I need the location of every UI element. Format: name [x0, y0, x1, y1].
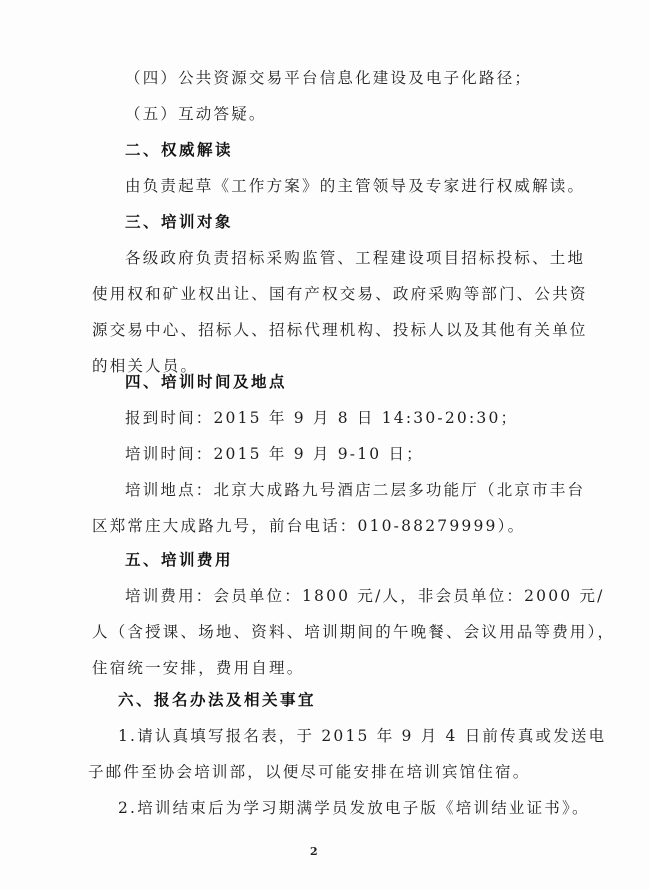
paragraph-line: 源交易中心、招标人、招标代理机构、投标人以及其他有关单位	[92, 320, 588, 340]
paragraph-line: 报到时间：2015 年 9 月 8 日 14:30-20:30；	[125, 408, 518, 428]
list-item: （五）互动答疑。	[125, 104, 267, 124]
paragraph-line: 1.请认真填写报名表，于 2015 年 9 月 4 日前传真或发送电	[118, 726, 606, 746]
section-heading: 五、培训费用	[125, 550, 233, 570]
paragraph-line: 区郑常庄大成路九号，前台电话：010-88279999）。	[92, 516, 525, 536]
section-heading: 二、权威解读	[125, 140, 233, 160]
paragraph-line: 住宿统一安排，费用自理。	[92, 658, 304, 678]
paragraph-line: 培训地点：北京大成路九号酒店二层多功能厅（北京市丰台	[125, 480, 585, 500]
section-heading: 四、培训时间及地点	[125, 372, 287, 392]
paragraph-line: 子邮件至协会培训部，以便尽可能安排在培训宾馆住宿。	[88, 762, 531, 782]
paragraph-line: 使用权和矿业权出让、国有产权交易、政府采购等部门、公共资	[92, 284, 588, 304]
paragraph-line: 培训费用：会员单位：1800 元/人，非会员单位：2000 元/	[125, 586, 605, 606]
paragraph-line: 2.培训结束后为学习期满学员发放电子版《培训结业证书》。	[118, 798, 590, 818]
section-heading: 六、报名办法及相关事宜	[118, 690, 316, 710]
paragraph-line: 人（含授课、场地、资料、培训期间的午晚餐、会议用品等费用），	[92, 622, 615, 642]
paragraph-line: 各级政府负责招标采购监管、工程建设项目招标投标、土地	[125, 248, 585, 268]
section-heading: 三、培训对象	[125, 212, 233, 232]
document-page: （四）公共资源交易平台信息化建设及电子化路径；（五）互动答疑。二、权威解读由负责…	[0, 0, 650, 889]
paragraph-line: 由负责起草《工作方案》的主管领导及专家进行权威解读。	[125, 176, 585, 196]
paragraph-line: 培训时间：2015 年 9 月 9-10 日；	[125, 444, 424, 464]
page-number: 2	[310, 845, 318, 858]
list-item: （四）公共资源交易平台信息化建设及电子化路径；	[125, 68, 532, 88]
